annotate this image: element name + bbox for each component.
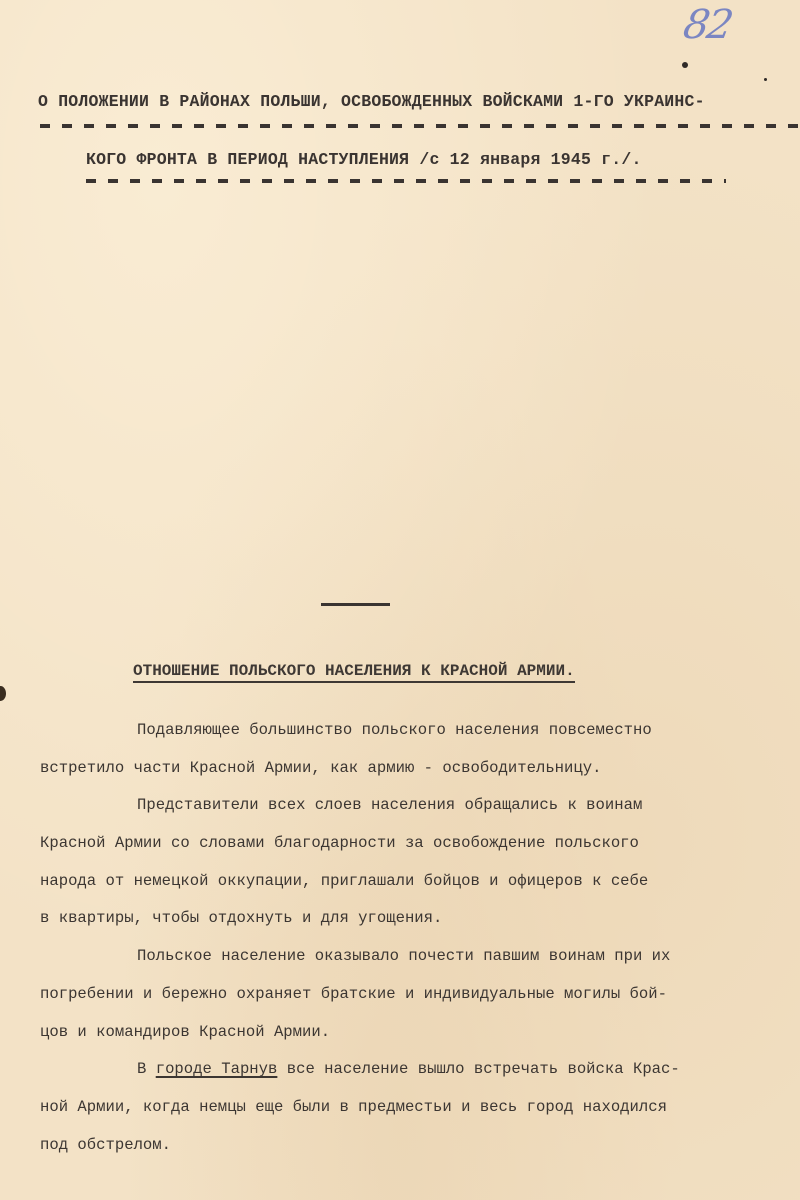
paragraph-line: народа от немецкой оккупации, приглашали… [40,863,800,901]
document-heading-line-2: КОГО ФРОНТА В ПЕРИОД НАСТУПЛЕНИЯ /с 12 я… [86,150,642,169]
document-page: 82 О ПОЛОЖЕНИИ В РАЙОНАХ ПОЛЬШИ, ОСВОБОЖ… [0,0,800,1200]
binding-hole [0,686,6,701]
body-text: Подавляющее большинство польского населе… [40,712,800,1164]
document-heading-line-1: О ПОЛОЖЕНИИ В РАЙОНАХ ПОЛЬШИ, ОСВОБОЖДЕН… [38,92,798,111]
dashed-underline [40,124,798,128]
text-fragment: В [137,1060,156,1078]
paragraph-line: под обстрелом. [40,1127,800,1165]
paragraph-line: ной Армии, когда немцы еще были в предме… [40,1089,800,1127]
paragraph-line: Красной Армии со словами благодарности з… [40,825,800,863]
paragraph-line: цов и командиров Красной Армии. [40,1014,800,1052]
paragraph-line: Польское население оказывало почести пав… [40,938,800,976]
paragraph-line: Представители всех слоев населения обращ… [40,787,800,825]
paragraph-line: В городе Тарнув все население вышло встр… [40,1051,800,1089]
ink-spot [764,78,767,81]
paragraph-line: встретило части Красной Армии, как армию… [40,750,800,788]
underlined-place-name: городе Тарнув [156,1060,278,1078]
dashed-underline [86,179,726,183]
section-separator [321,603,390,606]
handwritten-page-number: 82 [680,2,735,48]
paragraph-line: в квартиры, чтобы отдохнуть и для угощен… [40,900,800,938]
paragraph-line: Подавляющее большинство польского населе… [40,712,800,750]
ink-spot [682,62,688,68]
paragraph-line: погребении и бережно охраняет братские и… [40,976,800,1014]
section-title: ОТНОШЕНИЕ ПОЛЬСКОГО НАСЕЛЕНИЯ К КРАСНОЙ … [133,662,575,683]
text-fragment: все население вышло встречать войска Кра… [277,1060,679,1078]
